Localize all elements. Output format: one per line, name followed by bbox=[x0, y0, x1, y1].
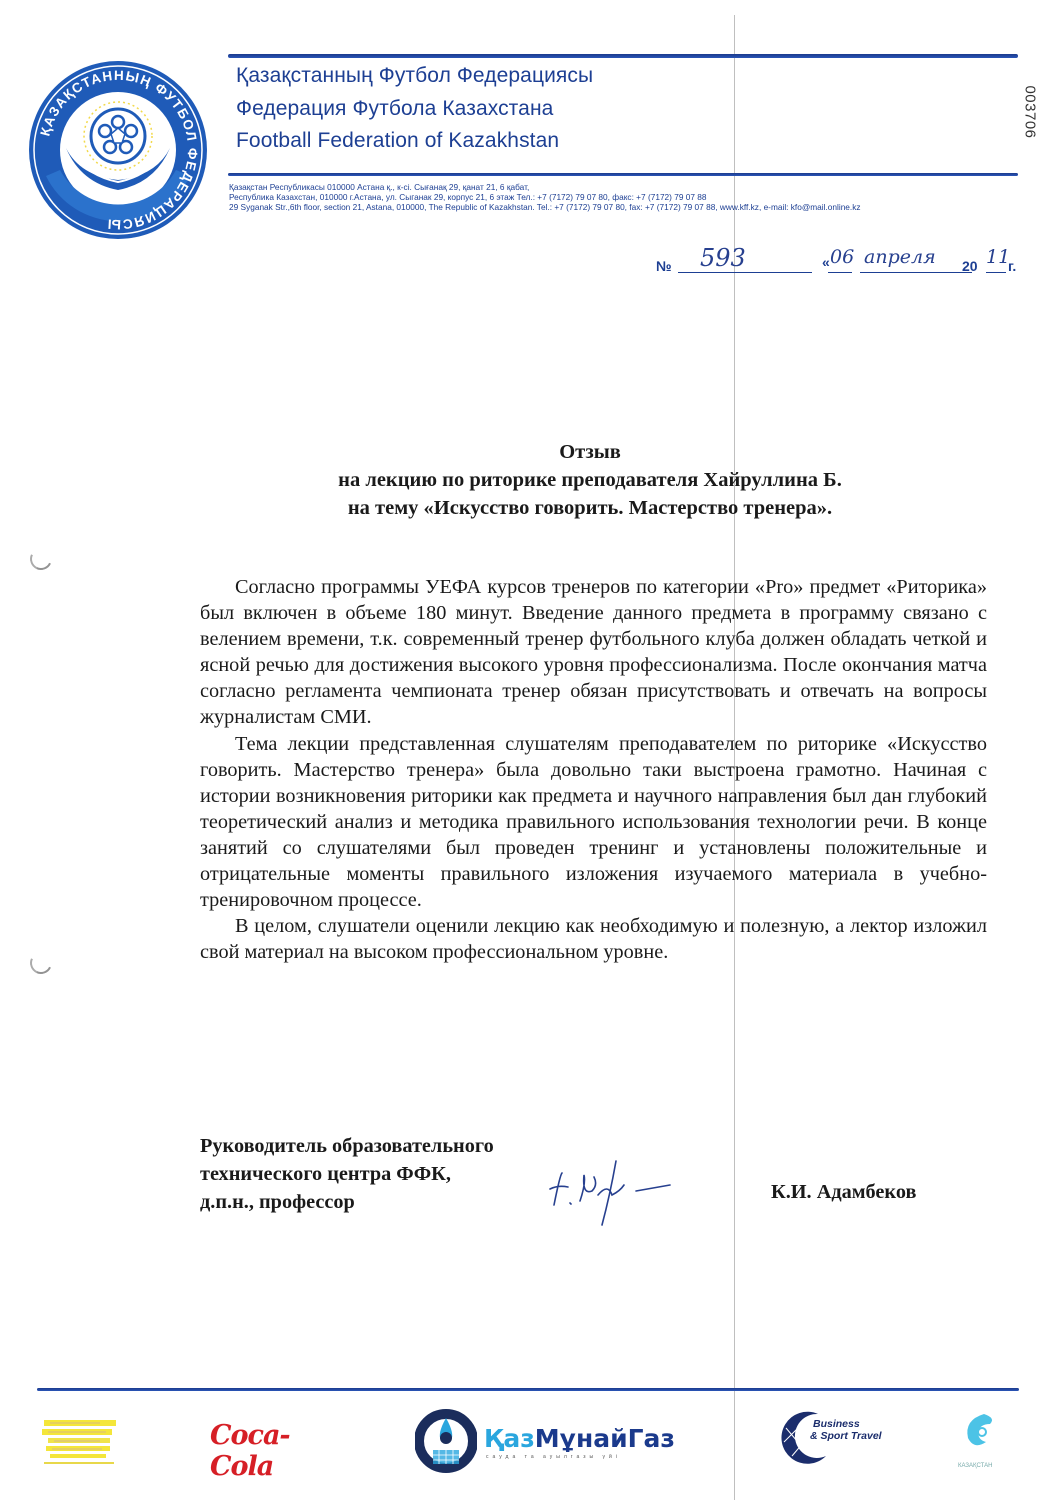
coca-cola-logo: Coca-Cola bbox=[210, 1420, 325, 1464]
footer-rule bbox=[37, 1388, 1019, 1391]
address-kz: Қазақстан Республикасы 010000 Астана қ.,… bbox=[229, 182, 529, 192]
signatory-name: К.И. Адамбеков bbox=[771, 1181, 916, 1204]
kazakhstan-tourism-logo bbox=[960, 1410, 1000, 1460]
year-suffix: 11 bbox=[986, 246, 1010, 268]
kazmunaygaz-wordmark: ҚазМұнайГаз bbox=[484, 1424, 675, 1453]
year-unit: г. bbox=[1008, 258, 1016, 274]
kazmunaygaz-emblem bbox=[415, 1408, 477, 1474]
paragraph-1: Согласно программы УЕФА курсов тренеров … bbox=[200, 574, 987, 731]
doc-subtitle-1: на лекцию по риторике преподавателя Хайр… bbox=[160, 466, 1020, 494]
position-line-2: технического центра ФФК, bbox=[200, 1160, 494, 1188]
day-underline bbox=[828, 272, 852, 273]
year-underline bbox=[986, 272, 1006, 273]
position-line-3: д.п.н., профессор bbox=[200, 1188, 494, 1216]
date-month: апреля bbox=[864, 246, 936, 268]
paragraph-3: В целом, слушатели оценили лекцию как не… bbox=[200, 913, 987, 965]
yellow-sponsor-logo bbox=[40, 1418, 120, 1468]
number-value: 593 bbox=[700, 244, 746, 272]
bst-line-2: & Sport Travel bbox=[810, 1430, 882, 1442]
kazmunaygaz-tagline: сауда та ауылгазы үйі bbox=[486, 1454, 621, 1460]
handwritten-signature bbox=[540, 1155, 680, 1230]
header-rule bbox=[228, 54, 1018, 58]
signatory-position: Руководитель образовательного техническо… bbox=[200, 1132, 494, 1216]
ffk-logo: ҚАЗАҚСТАННЫҢ ФУТБОЛ ФЕДЕРАЦИЯСЫ bbox=[26, 58, 210, 242]
business-sport-travel-wordmark: Business & Sport Travel bbox=[810, 1418, 882, 1442]
date-day: 06 bbox=[830, 246, 854, 268]
doc-subtitle-2: на тему «Искусство говорить. Мастерство … bbox=[160, 494, 1020, 522]
address-ru: Республика Казахстан, 010000 г.Астана, у… bbox=[229, 192, 707, 202]
letter-body: Согласно программы УЕФА курсов тренеров … bbox=[200, 574, 987, 965]
header-rule-bottom bbox=[228, 173, 1018, 176]
bst-line-1: Business bbox=[810, 1418, 882, 1430]
kazakhstan-tourism-label: КАЗАҚСТАН bbox=[958, 1463, 993, 1469]
org-name-en: Football Federation of Kazakhstan bbox=[236, 129, 559, 153]
punch-hole-mark bbox=[27, 545, 55, 573]
open-quote: « bbox=[822, 254, 830, 270]
org-name-kz: Қазақстанның Футбол Федерациясы bbox=[236, 64, 593, 88]
doc-title: Отзыв bbox=[160, 438, 1020, 466]
registration-line: № 593 « 06 апреля 20 11 г. bbox=[656, 248, 1026, 278]
month-underline bbox=[860, 272, 972, 273]
position-line-1: Руководитель образовательного bbox=[200, 1132, 494, 1160]
org-name-ru: Федерация Футбола Казахстана bbox=[236, 97, 553, 121]
address-en: 29 Syganak Str.,6th floor, section 21, A… bbox=[229, 202, 861, 212]
number-underline bbox=[678, 272, 812, 273]
number-label: № bbox=[656, 258, 672, 274]
paragraph-2: Тема лекции представленная слушателям пр… bbox=[200, 731, 987, 914]
year-prefix: 20 bbox=[962, 258, 978, 274]
serial-number: 003706 bbox=[1010, 62, 1050, 162]
punch-hole-mark bbox=[27, 949, 55, 977]
